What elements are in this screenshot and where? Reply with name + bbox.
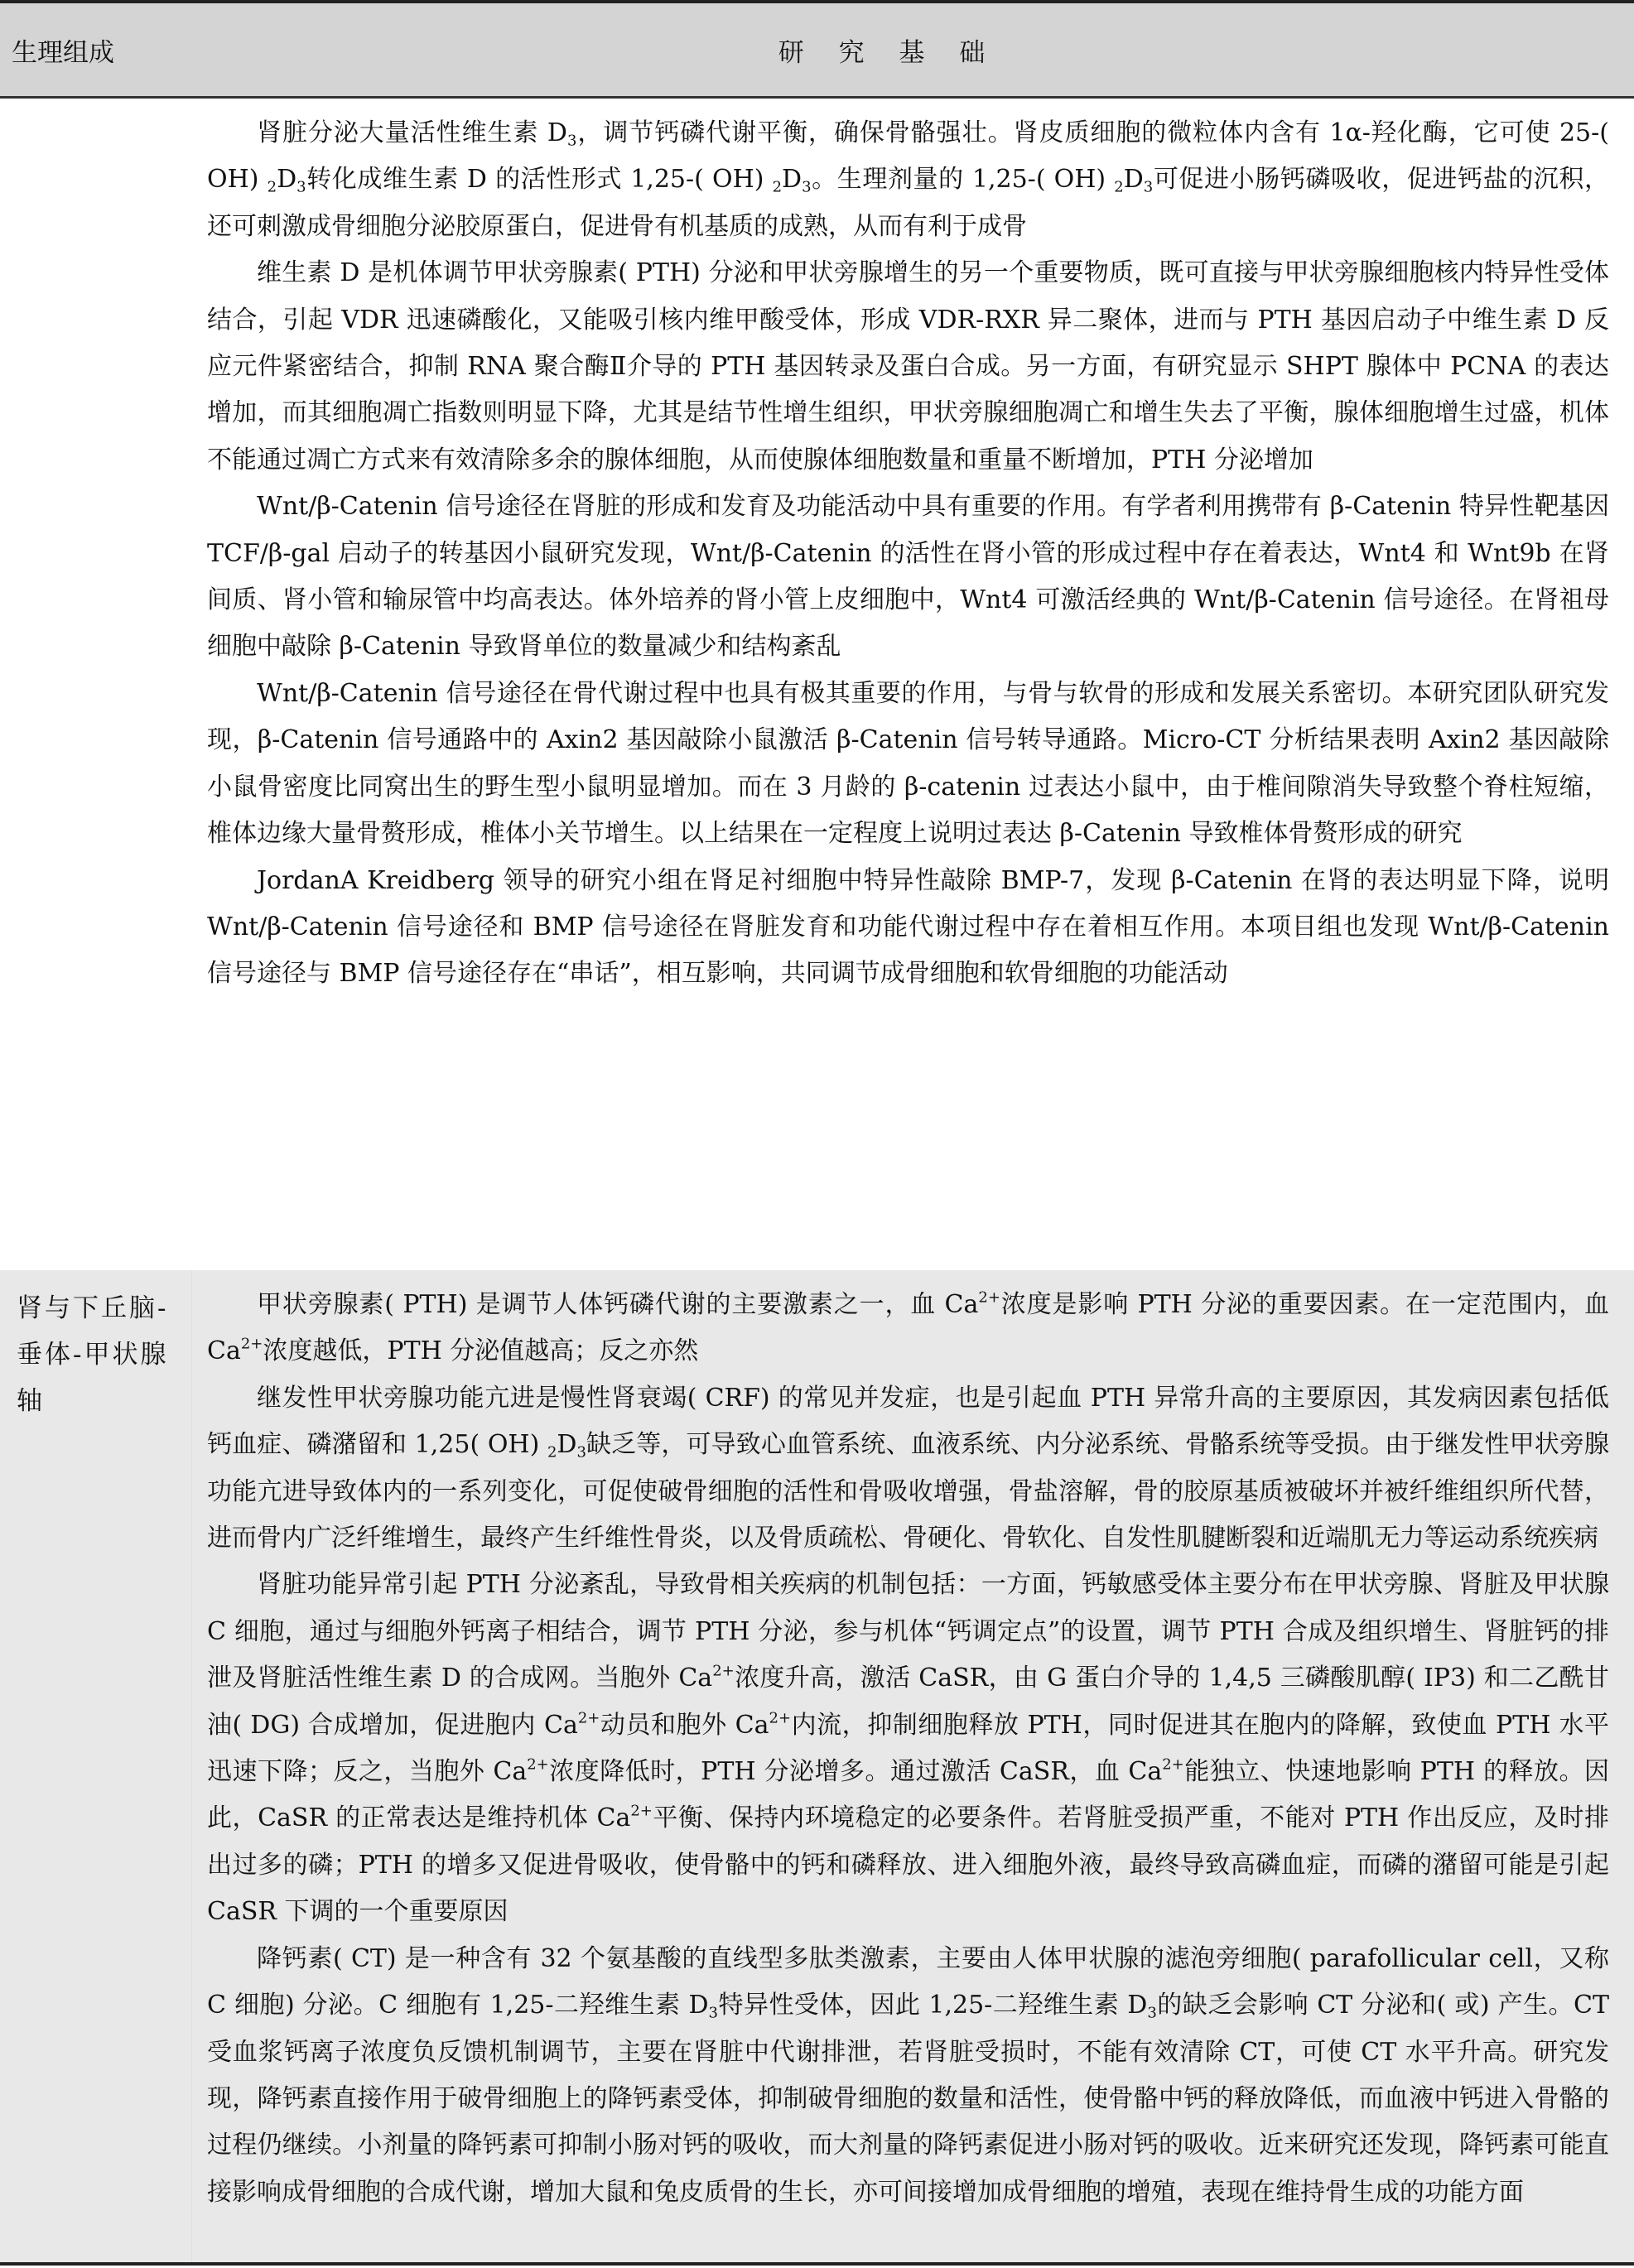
paragraph: 继发性甲状旁腺功能亢进是慢性肾衰竭( CRF) 的常见并发症，也是引起血 PTH… [207, 1375, 1609, 1563]
paragraph: Wnt/β-Catenin 信号途径在肾脏的形成和发育及功能活动中具有重要的作用… [207, 484, 1609, 671]
header-research-basis: 研 究 基 础 [192, 31, 1634, 69]
paragraph: 降钙素( CT) 是一种含有 32 个氨基酸的直线型多肽类激素，主要由人体甲状腺… [207, 1936, 1609, 2216]
table-row: 肾与下丘脑-垂体-甲状腺轴 甲状旁腺素( PTH) 是调节人体钙磷代谢的主要激素… [0, 1270, 1634, 2266]
paragraph: 肾脏分泌大量活性维生素 D3，调节钙磷代谢平衡，确保骨骼强壮。肾皮质细胞的微粒体… [207, 110, 1609, 250]
table-header-row: 生理组成 研 究 基 础 [0, 3, 1634, 99]
row-content: 甲状旁腺素( PTH) 是调节人体钙磷代谢的主要激素之一，血 Ca2+浓度是影响… [192, 1270, 1634, 2262]
paragraph: JordanA Kreidberg 领导的研究小组在肾足衬细胞中特异性敲除 BM… [207, 858, 1609, 998]
row-label: 肾与下丘脑-垂体-甲状腺轴 [0, 1270, 192, 2262]
row-content: 肾脏分泌大量活性维生素 D3，调节钙磷代谢平衡，确保骨骼强壮。肾皮质细胞的微粒体… [192, 99, 1634, 1270]
table-row: 肾脏分泌大量活性维生素 D3，调节钙磷代谢平衡，确保骨骼强壮。肾皮质细胞的微粒体… [0, 99, 1634, 1270]
paragraph: Wnt/β-Catenin 信号途径在骨代谢过程中也具有极其重要的作用，与骨与软… [207, 671, 1609, 858]
paragraph: 甲状旁腺素( PTH) 是调节人体钙磷代谢的主要激素之一，血 Ca2+浓度是影响… [207, 1282, 1609, 1375]
paragraph: 肾脏功能异常引起 PTH 分泌紊乱，导致骨相关疾病的机制包括：一方面，钙敏感受体… [207, 1562, 1609, 1935]
row-label [0, 99, 192, 1270]
header-physiological-component: 生理组成 [0, 31, 192, 69]
research-basis-table: 生理组成 研 究 基 础 肾脏分泌大量活性维生素 D3，调节钙磷代谢平衡，确保骨… [0, 0, 1634, 2266]
paragraph: 维生素 D 是机体调节甲状旁腺素( PTH) 分泌和甲状旁腺增生的另一个重要物质… [207, 250, 1609, 484]
